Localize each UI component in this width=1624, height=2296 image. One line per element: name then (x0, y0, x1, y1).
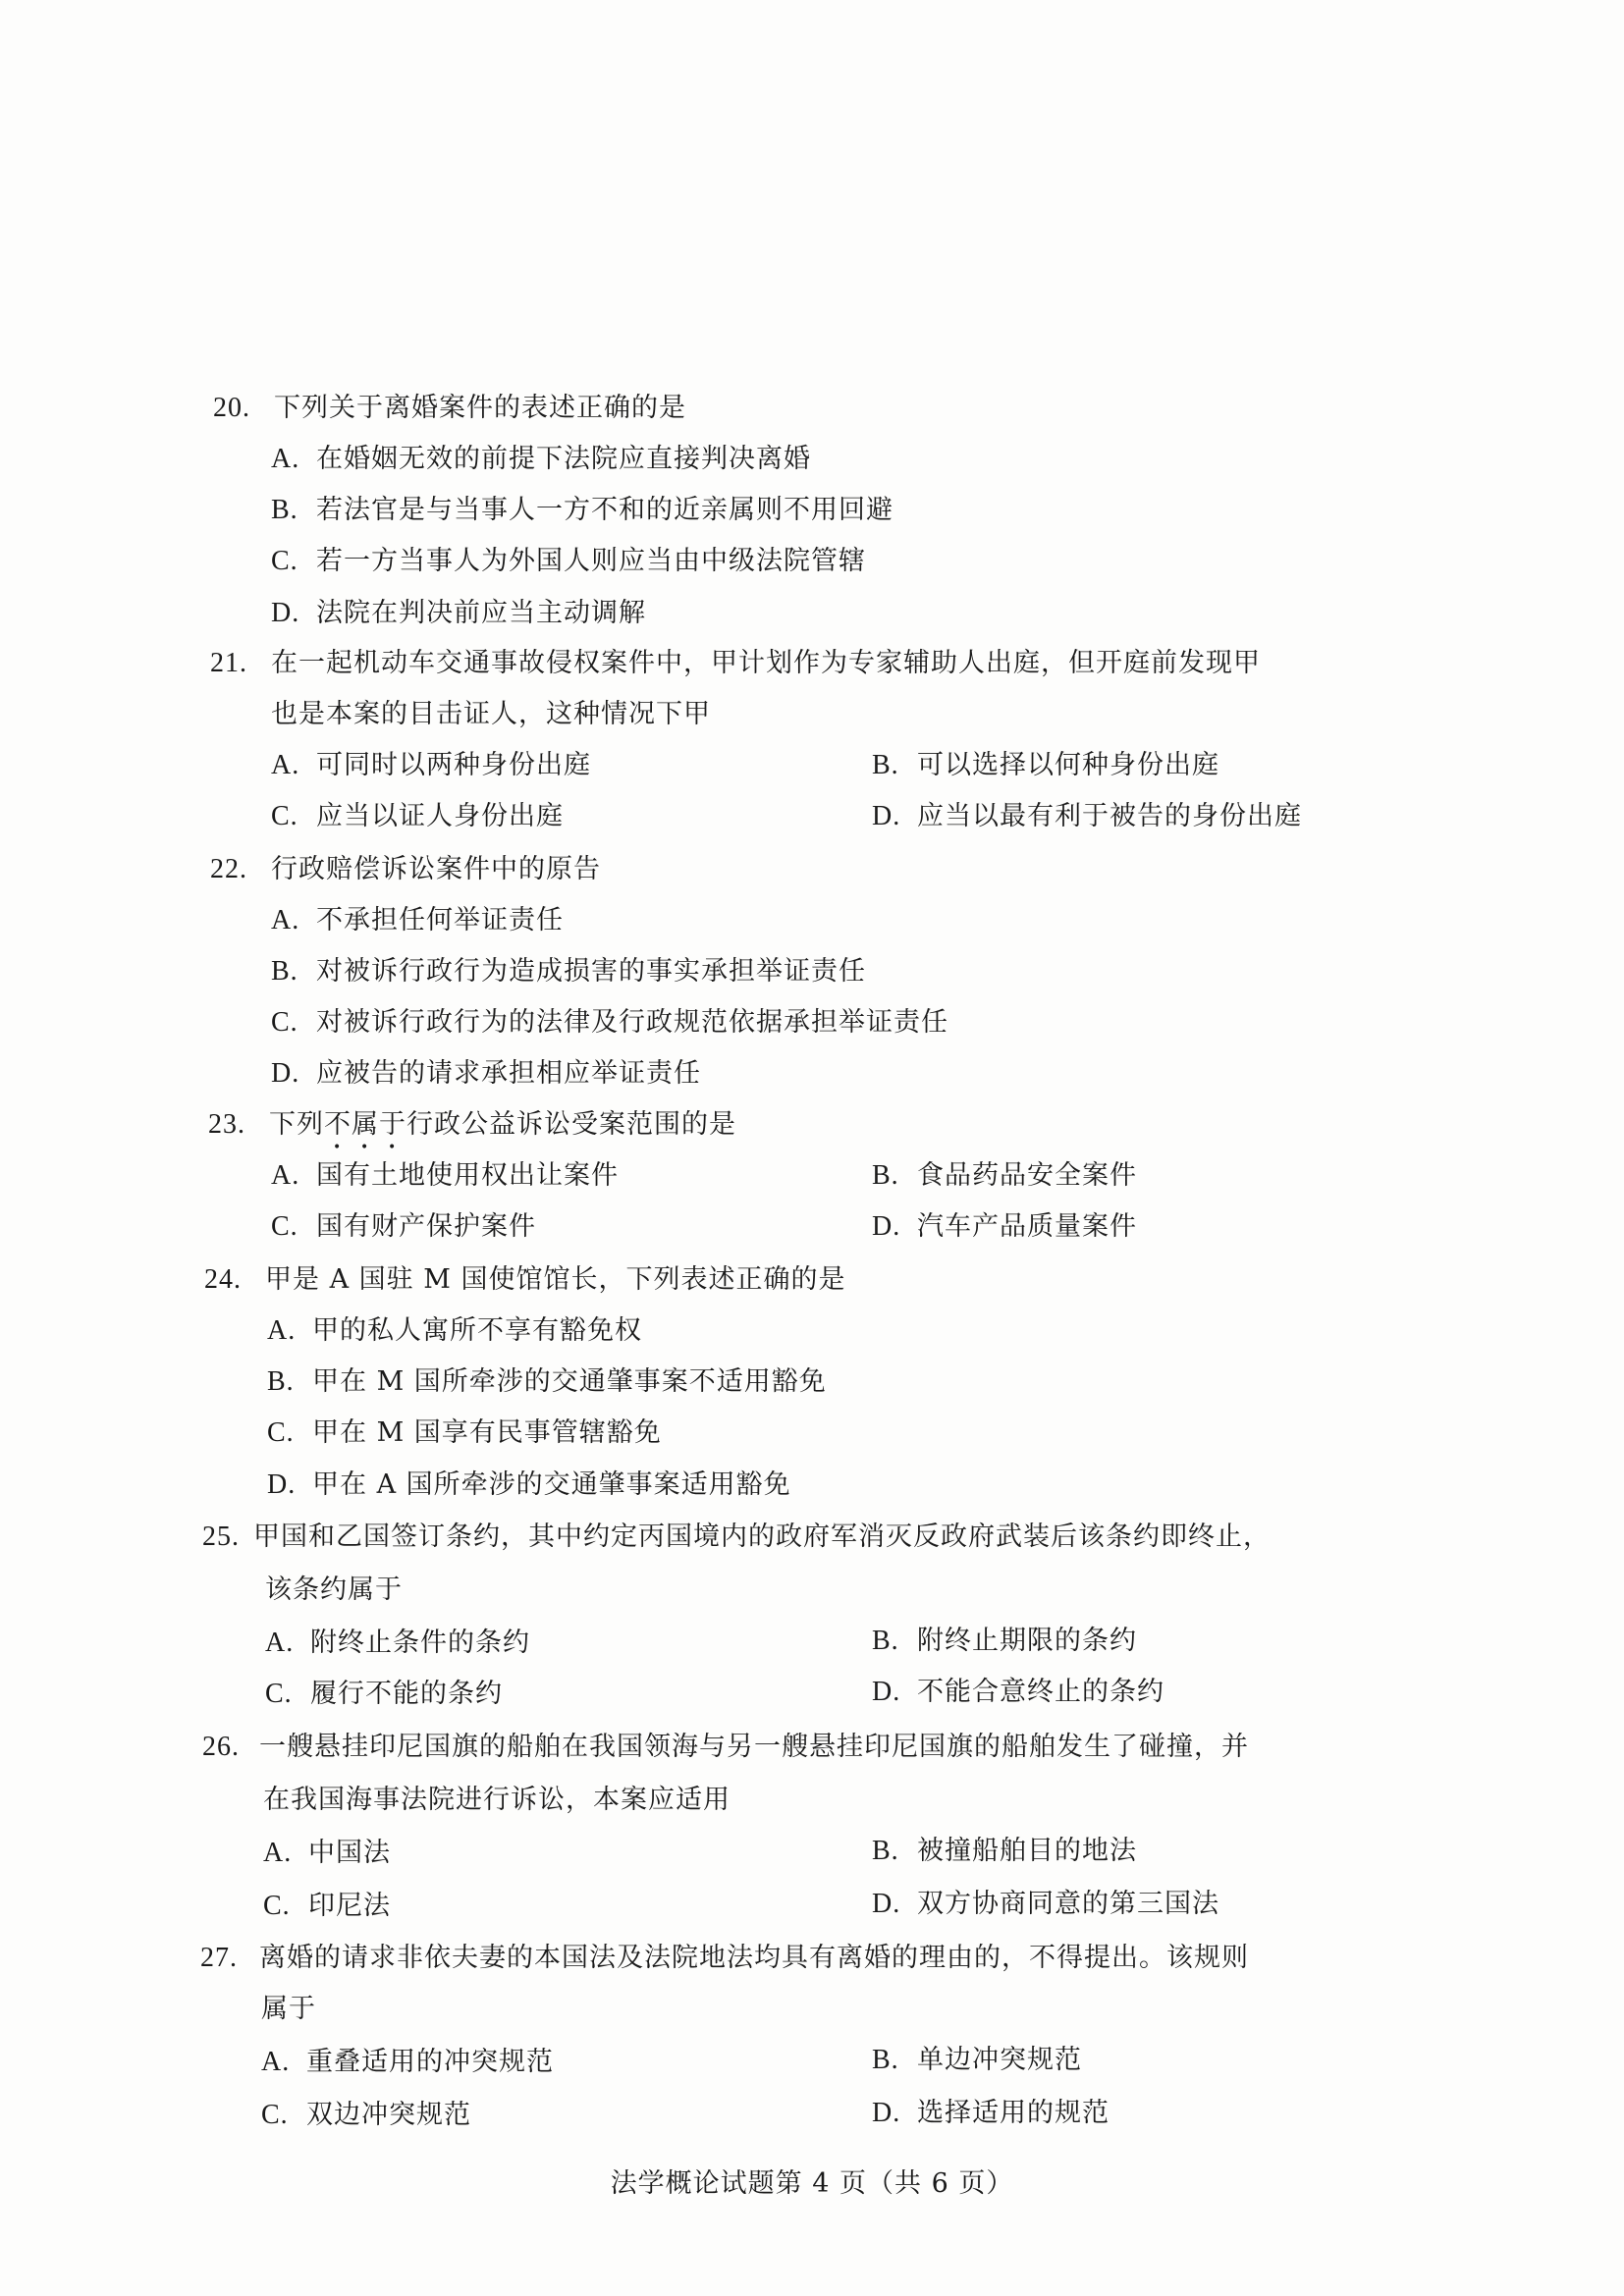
option-d: D.选择适用的规范 (872, 2094, 1110, 2133)
stem-text: 甲是 A 国驻 M 国使馆馆长，下列表述正确的是 (265, 1264, 845, 1295)
option-text: 对被诉行政行为造成损害的事实承担举证责任 (316, 956, 866, 987)
option-label: D. (872, 1207, 917, 1247)
option-text: 应被告的请求承担相应举证责任 (316, 1058, 701, 1089)
option-a: A.在婚姻无效的前提下法院应直接判决离婚 (271, 440, 811, 479)
option-label: A. (271, 901, 316, 940)
option-label: D. (271, 594, 316, 633)
option-b: B.对被诉行政行为造成损害的事实承担举证责任 (271, 952, 866, 991)
option-a: A.甲的私人寓所不享有豁免权 (267, 1311, 642, 1351)
option-label: D. (267, 1466, 312, 1505)
option-label: D. (872, 1885, 917, 1924)
option-b: B.被撞船舶目的地法 (872, 1832, 1137, 1871)
option-label: A. (271, 1156, 316, 1196)
option-text: 印尼法 (308, 1891, 391, 1921)
page-footer: 法学概论试题第 4 页（共 6 页） (0, 2164, 1624, 2204)
option-label: B. (872, 1622, 917, 1661)
option-text: 附终止条件的条约 (310, 1628, 530, 1658)
option-b: B.食品药品安全案件 (872, 1156, 1137, 1196)
stem-text: 也是本案的目击证人，这种情况下甲 (271, 699, 711, 729)
option-d: D.甲在 A 国所牵涉的交通肇事案适用豁免 (267, 1466, 791, 1505)
option-label: C. (267, 1414, 312, 1453)
question-number: 27. (200, 1939, 259, 1978)
stem-text: 甲国和乙国签订条约，其中约定丙国境内的政府军消灭反政府武装后该条约即终止， (253, 1522, 1271, 1552)
question-stem-continued: 该条约属于 (265, 1571, 403, 1610)
stem-text: 行政赔偿诉讼案件中的原告 (271, 854, 601, 884)
option-label: C. (265, 1675, 310, 1714)
option-label: A. (271, 440, 316, 479)
option-d: D.应当以最有利于被告的身份出庭 (872, 797, 1302, 836)
option-label: C. (263, 1887, 308, 1926)
option-c: C.双边冲突规范 (261, 2096, 471, 2135)
option-text: 单边冲突规范 (917, 2045, 1082, 2075)
option-c: C.对被诉行政行为的法律及行政规范依据承担举证责任 (271, 1003, 948, 1042)
question-stem: 24.甲是 A 国驻 M 国使馆馆长，下列表述正确的是 (204, 1260, 845, 1300)
question-number: 20. (213, 389, 274, 428)
option-label: C. (271, 542, 316, 581)
option-a: A.不承担任何举证责任 (271, 901, 564, 940)
option-b: B.附终止期限的条约 (872, 1622, 1137, 1661)
option-a: A.可同时以两种身份出庭 (271, 746, 591, 785)
question-number: 26. (202, 1728, 259, 1767)
option-b: B.若法官是与当事人一方不和的近亲属则不用回避 (271, 491, 893, 530)
option-text: 国有财产保护案件 (316, 1211, 536, 1242)
option-c: C.国有财产保护案件 (271, 1207, 536, 1247)
option-label: B. (872, 1832, 917, 1871)
option-label: B. (872, 2041, 917, 2080)
option-text: 选择适用的规范 (917, 2098, 1110, 2128)
option-text: 对被诉行政行为的法律及行政规范依据承担举证责任 (316, 1007, 948, 1038)
option-label: B. (872, 1156, 917, 1196)
question-stem-continued: 在我国海事法院进行诉讼，本案应适用 (263, 1781, 731, 1820)
option-d: D.双方协商同意的第三国法 (872, 1885, 1219, 1924)
stem-text-after: 行政公益诉讼受案范围的是 (406, 1109, 736, 1140)
option-text: 可同时以两种身份出庭 (316, 750, 591, 780)
stem-text: 该条约属于 (265, 1575, 403, 1605)
question-stem: 26.一艘悬挂印尼国旗的船舶在我国领海与另一艘悬挂印尼国旗的船舶发生了碰撞，并 (202, 1728, 1249, 1767)
option-text: 不承担任何举证责任 (316, 905, 564, 935)
option-text: 汽车产品质量案件 (917, 1211, 1137, 1242)
option-label: C. (271, 797, 316, 836)
question-number: 22. (210, 850, 271, 889)
stem-text-before: 下列 (269, 1109, 324, 1140)
option-label: B. (271, 491, 316, 530)
option-c: C.应当以证人身份出庭 (271, 797, 564, 836)
question-stem-continued: 属于 (261, 1990, 316, 2029)
option-b: B.可以选择以何种身份出庭 (872, 746, 1219, 785)
question-stem: 21.在一起机动车交通事故侵权案件中，甲计划作为专家辅助人出庭，但开庭前发现甲 (210, 644, 1261, 683)
option-label: D. (872, 797, 917, 836)
option-label: D. (872, 1673, 917, 1712)
question-stem: 25.甲国和乙国签订条约，其中约定丙国境内的政府军消灭反政府武装后该条约即终止， (202, 1518, 1271, 1557)
option-text: 重叠适用的冲突规范 (306, 2047, 554, 2077)
option-c: C.履行不能的条约 (265, 1675, 503, 1714)
option-label: C. (271, 1207, 316, 1247)
option-text: 应当以最有利于被告的身份出庭 (917, 801, 1302, 831)
question-number: 25. (202, 1518, 253, 1557)
option-label: B. (271, 952, 316, 991)
option-label: D. (271, 1054, 316, 1094)
option-label: B. (267, 1362, 312, 1402)
option-text: 若一方当事人为外国人则应当由中级法院管辖 (316, 546, 866, 576)
stem-emphasis: 不属于 (324, 1109, 406, 1140)
option-a: A.附终止条件的条约 (265, 1624, 530, 1663)
option-a: A.中国法 (263, 1834, 391, 1873)
stem-text: 属于 (261, 1994, 316, 2024)
option-label: A. (265, 1624, 310, 1663)
stem-text: 一艘悬挂印尼国旗的船舶在我国领海与另一艘悬挂印尼国旗的船舶发生了碰撞，并 (259, 1732, 1249, 1762)
option-text: 可以选择以何种身份出庭 (917, 750, 1219, 780)
stem-text: 下列关于离婚案件的表述正确的是 (274, 393, 686, 423)
question-stem-continued: 也是本案的目击证人，这种情况下甲 (271, 695, 711, 734)
question-stem: 20.下列关于离婚案件的表述正确的是 (213, 389, 686, 428)
option-b: B.甲在 M 国所牵涉的交通肇事案不适用豁免 (267, 1362, 827, 1402)
option-d: D.法院在判决前应当主动调解 (271, 594, 646, 633)
option-label: A. (271, 746, 316, 785)
option-text: 双边冲突规范 (306, 2100, 471, 2130)
option-text: 甲在 A 国所牵涉的交通肇事案适用豁免 (312, 1469, 791, 1500)
option-text: 双方协商同意的第三国法 (917, 1889, 1219, 1919)
option-text: 法院在判决前应当主动调解 (316, 598, 646, 628)
stem-text: 在一起机动车交通事故侵权案件中，甲计划作为专家辅助人出庭，但开庭前发现甲 (271, 648, 1261, 678)
question-number: 21. (210, 644, 271, 683)
option-c: C.若一方当事人为外国人则应当由中级法院管辖 (271, 542, 866, 581)
option-label: A. (261, 2043, 306, 2082)
exam-page: 20.下列关于离婚案件的表述正确的是 A.在婚姻无效的前提下法院应直接判决离婚 … (0, 0, 1624, 2296)
option-text: 食品药品安全案件 (917, 1160, 1137, 1191)
option-c: C.印尼法 (263, 1887, 391, 1926)
option-d: D.不能合意终止的条约 (872, 1673, 1164, 1712)
option-label: A. (263, 1834, 308, 1873)
question-stem: 22.行政赔偿诉讼案件中的原告 (210, 850, 601, 889)
option-d: D.应被告的请求承担相应举证责任 (271, 1054, 701, 1094)
option-text: 被撞船舶目的地法 (917, 1836, 1137, 1866)
option-text: 中国法 (308, 1838, 391, 1868)
stem-text: 在我国海事法院进行诉讼，本案应适用 (263, 1785, 731, 1815)
option-a: A.国有土地使用权出让案件 (271, 1156, 619, 1196)
option-text: 履行不能的条约 (310, 1679, 503, 1709)
option-text: 若法官是与当事人一方不和的近亲属则不用回避 (316, 495, 893, 525)
option-text: 应当以证人身份出庭 (316, 801, 564, 831)
question-number: 23. (208, 1105, 269, 1145)
option-b: B.单边冲突规范 (872, 2041, 1082, 2080)
option-text: 甲在 M 国享有民事管辖豁免 (312, 1417, 662, 1448)
option-text: 不能合意终止的条约 (917, 1677, 1164, 1707)
option-label: C. (271, 1003, 316, 1042)
question-number: 24. (204, 1260, 265, 1300)
option-text: 在婚姻无效的前提下法院应直接判决离婚 (316, 444, 811, 474)
option-label: C. (261, 2096, 306, 2135)
option-label: B. (872, 746, 917, 785)
option-label: D. (872, 2094, 917, 2133)
option-text: 附终止期限的条约 (917, 1626, 1137, 1656)
option-d: D.汽车产品质量案件 (872, 1207, 1137, 1247)
option-label: A. (267, 1311, 312, 1351)
option-text: 国有土地使用权出让案件 (316, 1160, 619, 1191)
option-text: 甲的私人寓所不享有豁免权 (312, 1315, 642, 1346)
option-text: 甲在 M 国所牵涉的交通肇事案不适用豁免 (312, 1366, 827, 1397)
stem-text: 离婚的请求非依夫妻的本国法及法院地法均具有离婚的理由的，不得提出。该规则 (259, 1943, 1249, 1973)
option-a: A.重叠适用的冲突规范 (261, 2043, 554, 2082)
question-stem: 27.离婚的请求非依夫妻的本国法及法院地法均具有离婚的理由的，不得提出。该规则 (200, 1939, 1249, 1978)
question-stem: 23.下列不属于行政公益诉讼受案范围的是 (208, 1105, 736, 1145)
option-c: C.甲在 M 国享有民事管辖豁免 (267, 1414, 662, 1453)
